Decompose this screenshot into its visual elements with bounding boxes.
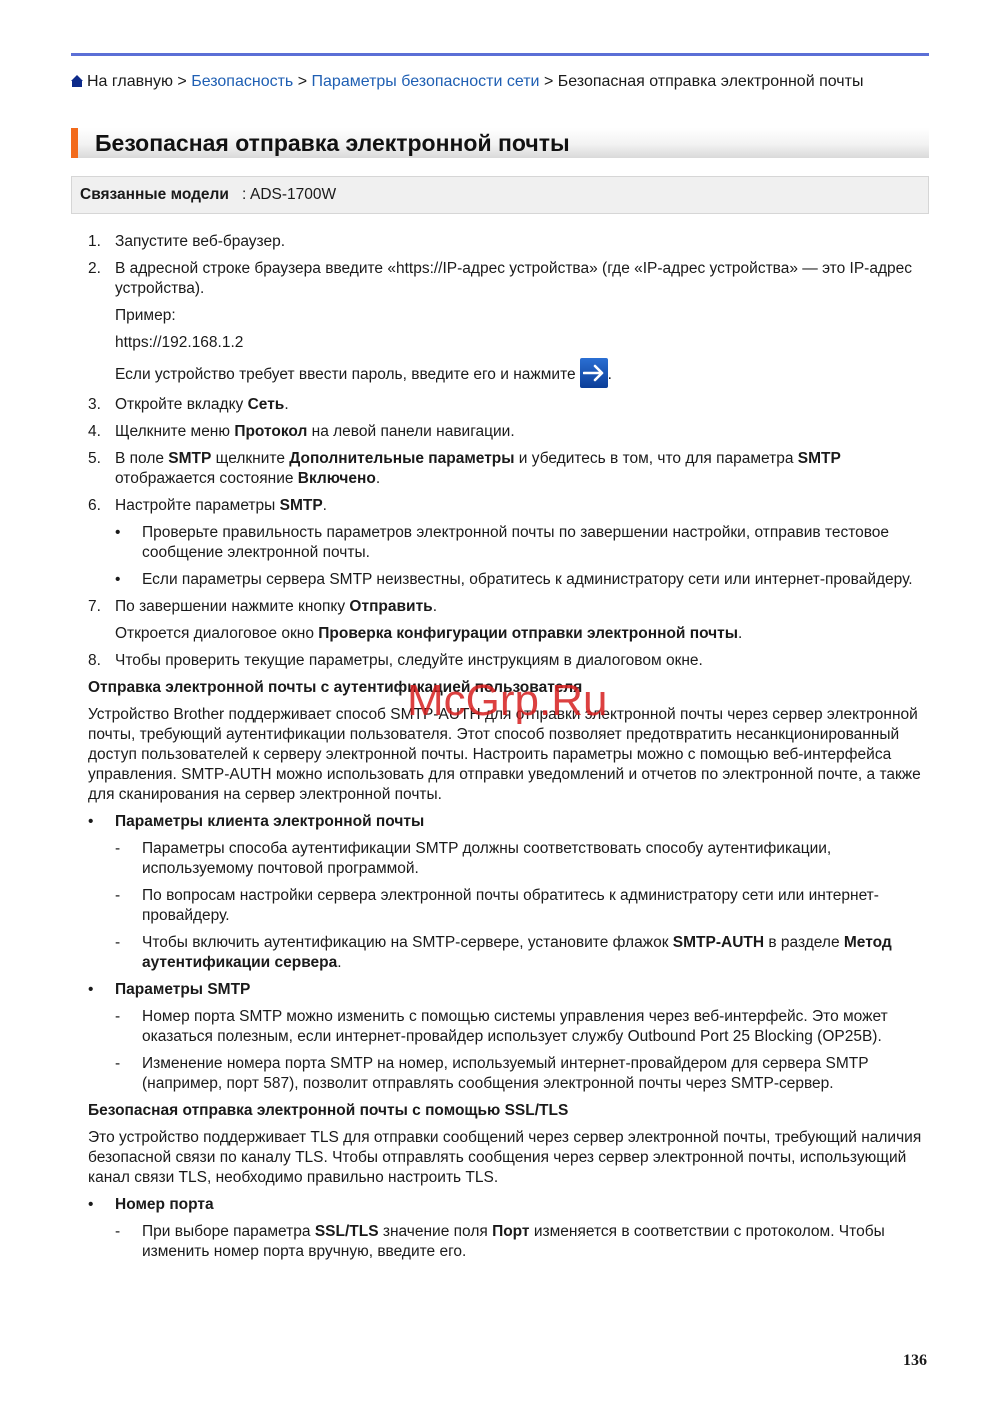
subitem-text: Номер порта SMTP можно изменить с помощь… — [142, 1008, 888, 1045]
breadcrumb-current: Безопасная отправка электронной почты — [558, 73, 864, 90]
ui-label-port: Порт — [492, 1223, 529, 1240]
example-label: Пример: — [88, 306, 933, 326]
step-number: 7. — [88, 597, 110, 617]
step-number: 5. — [88, 449, 110, 469]
step-number: 6. — [88, 496, 110, 516]
client-settings-subitem: - По вопросам настройки сервера электрон… — [88, 886, 933, 926]
dash-marker: - — [115, 886, 120, 906]
step-text: Щелкните меню — [115, 423, 234, 440]
ui-label-smtp: SMTP — [798, 450, 841, 467]
dash-marker: - — [115, 933, 120, 953]
step-text: Запустите веб-браузер. — [115, 233, 285, 250]
watermark: McGrp.Ru — [407, 676, 607, 726]
subitem-text: . — [337, 954, 341, 971]
dash-marker: - — [115, 839, 120, 859]
subitem-text: в разделе — [764, 934, 844, 951]
step-number: 2. — [88, 259, 110, 279]
step-text: щелкните — [211, 450, 289, 467]
step-8: 8. Чтобы проверить текущие параметры, сл… — [88, 651, 933, 671]
bullet-marker: • — [115, 570, 120, 590]
bullet-marker: • — [88, 980, 93, 1000]
step-2: 2. В адресной строке браузера введите «h… — [88, 259, 933, 299]
subitem-text: значение поля — [379, 1223, 493, 1240]
smtp-settings-subitem: - Номер порта SMTP можно изменить с помо… — [88, 1007, 933, 1047]
subitem-text: Изменение номера порта SMTP на номер, ис… — [142, 1055, 868, 1092]
step-6: 6. Настройте параметры SMTP. — [88, 496, 933, 516]
bullet-marker: • — [115, 523, 120, 543]
step-6-bullet: • Если параметры сервера SMTP неизвестны… — [88, 570, 933, 590]
home-icon[interactable] — [71, 75, 83, 87]
step-text: . — [323, 497, 327, 514]
ui-label-protocol: Протокол — [234, 423, 307, 440]
smtp-settings-item: • Параметры SMTP — [88, 980, 933, 1000]
bullet-text: Если параметры сервера SMTP неизвестны, … — [142, 571, 913, 588]
step-7-note: Откроется диалоговое окно Проверка конфи… — [88, 624, 933, 644]
ui-label-advanced: Дополнительные параметры — [289, 450, 514, 467]
step-number: 3. — [88, 395, 110, 415]
ui-label-smtp-auth: SMTP-AUTH — [673, 934, 764, 951]
breadcrumb-separator: > — [544, 73, 553, 90]
step-text: Настройте параметры — [115, 497, 280, 514]
step-text: отображается состояние — [115, 470, 298, 487]
smtp-settings-title: Параметры SMTP — [115, 981, 250, 998]
client-settings-item: • Параметры клиента электронной почты — [88, 812, 933, 832]
breadcrumb: На главную > Безопасность > Параметры бе… — [71, 71, 931, 92]
step-number: 1. — [88, 232, 110, 252]
related-models-value: ADS-1700W — [250, 186, 336, 204]
subitem-text: При выборе параметра — [142, 1223, 315, 1240]
section-heading-ssl: Безопасная отправка электронной почты с … — [88, 1101, 933, 1121]
step-text: Откроется диалоговое окно — [115, 625, 318, 642]
ui-label-smtp: SMTP — [168, 450, 211, 467]
ui-label-network-tab: Сеть — [248, 396, 285, 413]
example-value: https://192.168.1.2 — [88, 333, 933, 353]
step-text: . — [433, 598, 437, 615]
ui-label-enabled: Включено — [298, 470, 376, 487]
breadcrumb-network-security[interactable]: Параметры безопасности сети — [312, 73, 540, 90]
page-number: 136 — [903, 1352, 927, 1370]
subitem-text: Чтобы включить аутентификацию на SMTP-се… — [142, 934, 673, 951]
bullet-marker: • — [88, 1195, 93, 1215]
step-6-bullet: • Проверьте правильность параметров элек… — [88, 523, 933, 563]
dash-marker: - — [115, 1054, 120, 1074]
breadcrumb-separator: > — [177, 73, 186, 90]
ui-label-dialog: Проверка конфигурации отправки электронн… — [318, 625, 738, 642]
top-rule — [71, 53, 929, 56]
step-text: По завершении нажмите кнопку — [115, 598, 349, 615]
step-1: 1. Запустите веб-браузер. — [88, 232, 933, 252]
dash-marker: - — [115, 1222, 120, 1242]
related-models-colon: : — [242, 186, 246, 204]
subitem-text: Параметры способа аутентификации SMTP до… — [142, 840, 831, 877]
port-number-title: Номер порта — [115, 1196, 214, 1213]
client-settings-subitem: - Параметры способа аутентификации SMTP … — [88, 839, 933, 879]
step-text: В адресной строке браузера введите «http… — [115, 260, 912, 297]
smtp-settings-subitem: - Изменение номера порта SMTP на номер, … — [88, 1054, 933, 1094]
step-text: Чтобы проверить текущие параметры, следу… — [115, 652, 703, 669]
client-settings-title: Параметры клиента электронной почты — [115, 813, 424, 830]
step-7: 7. По завершении нажмите кнопку Отправит… — [88, 597, 933, 617]
bullet-marker: • — [88, 812, 93, 832]
breadcrumb-home[interactable]: На главную — [87, 73, 173, 90]
port-number-subitem: - При выборе параметра SSL/TLS значение … — [88, 1222, 933, 1262]
ui-label-smtp: SMTP — [280, 497, 323, 514]
port-number-item: • Номер порта — [88, 1195, 933, 1215]
step-text: на левой панели навигации. — [307, 423, 514, 440]
step-text: Откройте вкладку — [115, 396, 248, 413]
step-3: 3. Откройте вкладку Сеть. — [88, 395, 933, 415]
dash-marker: - — [115, 1007, 120, 1027]
breadcrumb-separator: > — [298, 73, 307, 90]
ui-label-submit: Отправить — [349, 598, 432, 615]
password-note-text: Если устройство требует ввести пароль, в… — [115, 366, 576, 383]
step-text: В поле — [115, 450, 168, 467]
subitem-text: По вопросам настройки сервера электронно… — [142, 887, 879, 924]
step-text: . — [738, 625, 742, 642]
page-title: Безопасная отправка электронной почты — [95, 129, 570, 157]
related-models-label: Связанные модели — [80, 186, 229, 204]
step-number: 8. — [88, 651, 110, 671]
step-4: 4. Щелкните меню Протокол на левой панел… — [88, 422, 933, 442]
arrow-right-icon — [580, 358, 608, 388]
step-5: 5. В поле SMTP щелкните Дополнительные п… — [88, 449, 933, 489]
breadcrumb-security[interactable]: Безопасность — [191, 73, 293, 90]
page-title-bar: Безопасная отправка электронной почты — [71, 128, 929, 158]
title-accent — [71, 128, 78, 158]
step-text: и убедитесь в том, что для параметра — [515, 450, 798, 467]
step-text: . — [376, 470, 380, 487]
step-number: 4. — [88, 422, 110, 442]
step-text: . — [284, 396, 288, 413]
bullet-text: Проверьте правильность параметров электр… — [142, 524, 889, 561]
client-settings-subitem: - Чтобы включить аутентификацию на SMTP-… — [88, 933, 933, 973]
related-models-box: Связанные модели : ADS-1700W — [71, 176, 929, 214]
document-body: 1. Запустите веб-браузер. 2. В адресной … — [88, 232, 933, 1269]
password-note: Если устройство требует ввести пароль, в… — [88, 358, 933, 388]
ssl-paragraph: Это устройство поддерживает TLS для отпр… — [88, 1128, 933, 1188]
ui-label-ssl-tls: SSL/TLS — [315, 1223, 379, 1240]
